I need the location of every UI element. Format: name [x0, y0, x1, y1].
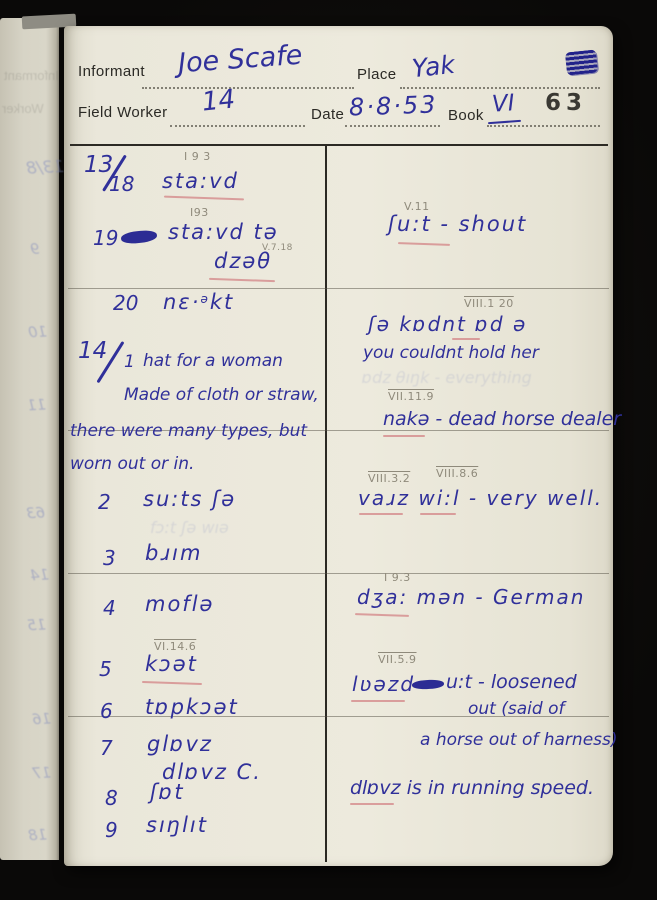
item-4-number: 4 — [103, 596, 116, 620]
knacker-entry: nakə - dead horse dealer — [383, 408, 621, 430]
item-3-phonetic: bɹım — [145, 541, 202, 565]
item-7-number: 7 — [100, 736, 113, 760]
pencil-ref: I93 — [190, 206, 209, 219]
ghost-number: 16 — [32, 710, 52, 729]
pencil-ref: VIII.3.2 — [368, 472, 410, 485]
item-19-phonetic: sta:vd tə — [168, 220, 279, 244]
loosened-gloss: u:t - loosened — [446, 671, 577, 693]
ghost-number: 63 — [26, 504, 46, 523]
running-speed-note: dlɒvz is in running speed. — [350, 777, 594, 799]
item-19-phonetic-cont: dzəθ — [214, 249, 272, 273]
fieldworker-label: Field Worker — [78, 104, 168, 121]
section-rule — [68, 288, 609, 289]
place-line — [400, 86, 600, 89]
item-6-phonetic: tɒpkɔət — [145, 695, 239, 719]
item-4-phonetic: moflə — [145, 592, 214, 616]
ghost-number: 14 — [30, 566, 50, 585]
page-number: 63 — [545, 90, 587, 116]
ghost-number: 11 — [27, 396, 47, 415]
item-8-number: 8 — [105, 786, 118, 810]
german-entry: dʒa: mən - German — [357, 585, 585, 609]
item-1-note: worn out or in. — [70, 454, 194, 474]
loosened-gloss-cont: a horse out of harness) — [420, 730, 618, 750]
item-18-phonetic: sta:vd — [162, 169, 239, 193]
fieldworker-value: 14 — [201, 84, 237, 117]
very-well-entry: vaɹz wi:l - very well. — [358, 486, 603, 510]
ghost-number: 10 — [28, 323, 48, 342]
item-5-number: 5 — [99, 657, 112, 681]
date-value: 8·8·53 — [349, 90, 438, 121]
loosened-gloss-cont: out (said of — [468, 699, 564, 719]
ghost-number: 15 — [27, 616, 47, 635]
bleed-through-text: ɒdz θıŋk - everything — [362, 368, 532, 387]
red-underline — [359, 513, 403, 515]
item-18-number: 18 — [109, 172, 134, 196]
item-1-note: there were many types, but — [70, 421, 307, 441]
scanned-notebook-photo: Informant Worker 13/8 9 10 11 63 14 15 1… — [0, 0, 657, 900]
pencil-ref: VIII.8.6 — [436, 467, 478, 480]
item-7-phonetic: glɒvz — [147, 732, 213, 756]
book-value: VI — [491, 90, 515, 118]
item-20-number: 20 — [113, 291, 138, 315]
place-label: Place — [357, 66, 397, 83]
bleed-through-text: fɔ:t ʃə wıə — [150, 518, 229, 537]
red-underline — [351, 700, 405, 702]
crossed-out-number-scribble — [565, 49, 598, 75]
ghost-text: Informant — [4, 68, 59, 83]
shout-entry: ʃu:t - shout — [388, 212, 527, 236]
item-8-phonetic: ʃɒt — [150, 780, 185, 804]
ghost-number: 17 — [32, 764, 52, 783]
place-value: Yak — [411, 50, 457, 83]
red-underline — [420, 513, 456, 515]
pencil-ref: VII.11.9 — [388, 390, 434, 403]
pencil-ref: VII.5.9 — [378, 653, 417, 666]
date-line — [345, 124, 440, 127]
item-5-phonetic: kɔət — [145, 652, 198, 676]
item-2-phonetic: su:ts ʃə — [143, 487, 236, 511]
item-6-number: 6 — [100, 699, 113, 723]
informant-line — [142, 86, 354, 89]
loosened-phonetic: lʋəzd — [352, 672, 415, 696]
pencil-ref: I 9 3 — [184, 150, 211, 163]
item-1-note: hat for a woman — [143, 351, 283, 371]
column-divider — [325, 146, 327, 862]
red-underline — [350, 803, 394, 805]
previous-page-edge: Informant Worker 13/8 9 10 11 63 14 15 1… — [0, 18, 59, 860]
informant-label: Informant — [78, 63, 145, 80]
section-14-marker: 14 — [78, 338, 107, 364]
pencil-ref: VIII.1 20 — [464, 297, 514, 310]
date-label: Date — [311, 106, 344, 123]
book-line — [487, 124, 600, 127]
item-1-number: 1 — [124, 352, 135, 372]
item-19-number: 19 — [93, 226, 118, 250]
book-label: Book — [448, 107, 484, 124]
ghost-number: 13/8 — [26, 157, 65, 179]
ghost-text: Worker — [2, 101, 44, 116]
pencil-ref: I 9.3 — [384, 571, 411, 584]
ghost-number: 18 — [28, 826, 48, 845]
item-3-number: 3 — [103, 546, 116, 570]
item-1-note: Made of cloth or straw, — [124, 385, 319, 405]
item-20-phonetic: nɛ·əkt — [163, 290, 234, 314]
fieldworker-line — [170, 124, 305, 127]
couldnt-hold-gloss: you couldnt hold her — [363, 343, 539, 363]
red-underline — [383, 435, 425, 437]
ghost-number: 9 — [30, 240, 40, 258]
header-divider-rule — [70, 144, 608, 146]
section-rule — [68, 573, 609, 574]
item-9-phonetic: sıŋlıt — [146, 813, 208, 837]
item-2-number: 2 — [98, 490, 111, 514]
item-9-number: 9 — [105, 818, 118, 842]
red-underline — [452, 338, 480, 340]
couldnt-hold-phonetic: ʃə kɒdnt ɒd ə — [368, 312, 527, 336]
